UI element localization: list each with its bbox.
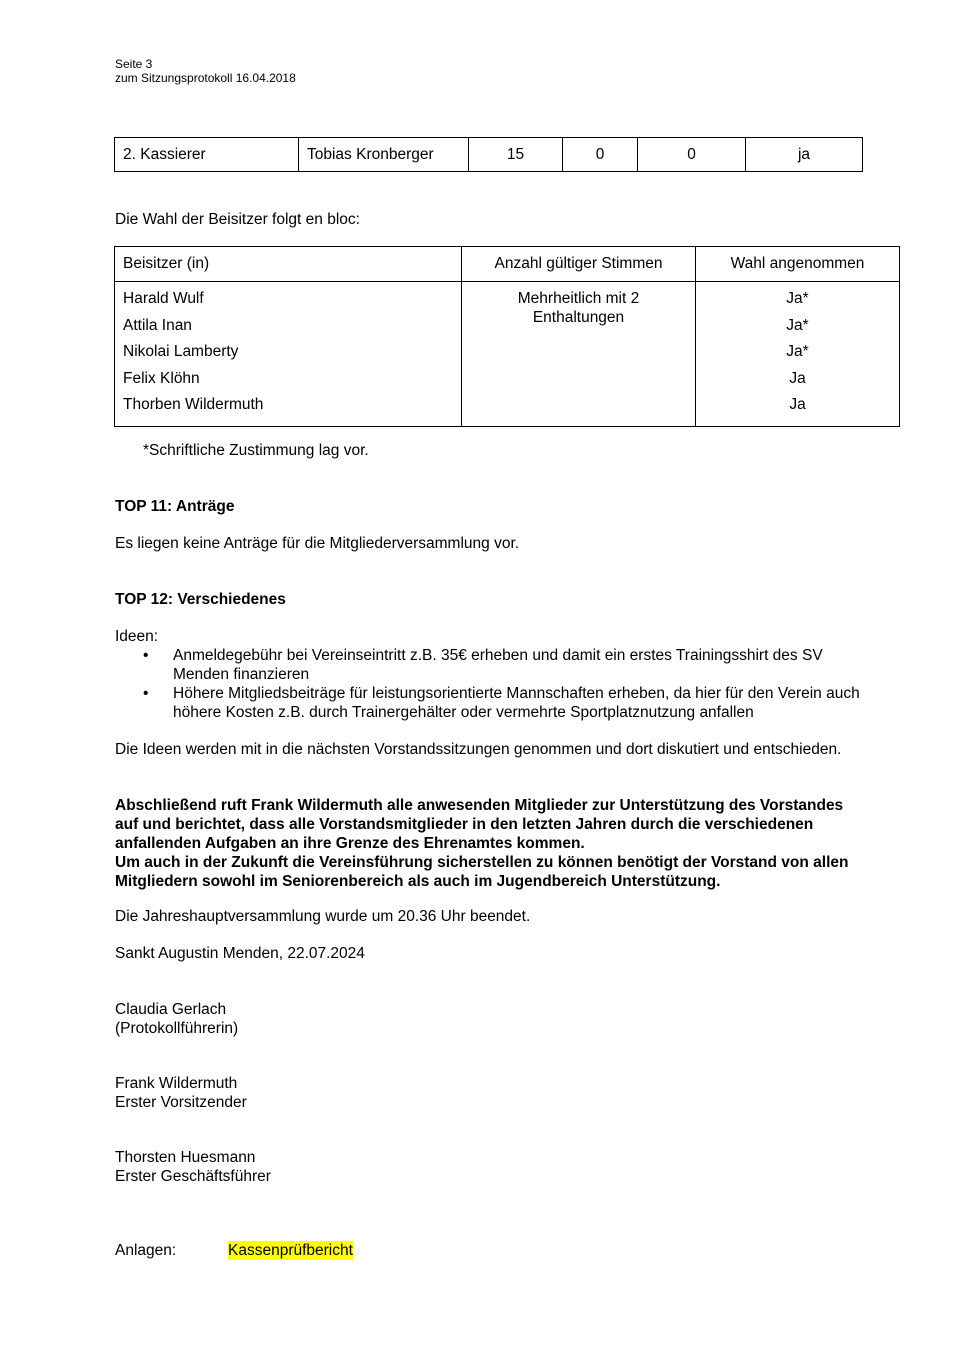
closing-line: auf und berichtet, dass alle Vorstandsmi… — [115, 815, 935, 834]
accepted-cell: Ja* Ja* Ja* Ja Ja — [696, 282, 900, 427]
signature-name: Thorsten Huesmann — [115, 1148, 271, 1167]
signature-name: Claudia Gerlach — [115, 1000, 238, 1019]
signature-block: Claudia Gerlach (Protokollführerin) — [115, 1000, 238, 1038]
list-item-text: höhere Kosten z.B. durch Trainergehälter… — [173, 703, 915, 722]
list-item-text: Anmeldegebühr bei Vereinseintritt z.B. 3… — [173, 646, 915, 665]
attachments-label: Anlagen: — [115, 1241, 176, 1260]
attachment-item: Kassenprüfbericht — [228, 1241, 353, 1260]
list-item: Anmeldegebühr bei Vereinseintritt z.B. 3… — [115, 646, 915, 684]
top11-text: Es liegen keine Anträge für die Mitglied… — [115, 534, 519, 553]
closing-line: Abschließend ruft Frank Wildermuth alle … — [115, 796, 935, 815]
beisitzer-name: Thorben Wildermuth — [123, 395, 461, 422]
signature-role: Erster Vorsitzender — [115, 1093, 247, 1112]
ideas-note: Die Ideen werden mit in die nächsten Vor… — [115, 740, 841, 759]
top11-heading: TOP 11: Anträge — [115, 497, 234, 516]
footnote: *Schriftliche Zustimmung lag vor. — [143, 441, 369, 460]
column-header: Wahl angenommen — [696, 247, 900, 282]
beisitzer-name: Nikolai Lamberty — [123, 342, 461, 369]
end-time: Die Jahreshauptversammlung wurde um 20.3… — [115, 907, 530, 926]
page-number: Seite 3 — [115, 57, 296, 71]
header-subtitle: zum Sitzungsprotokoll 16.04.2018 — [115, 71, 296, 85]
signature-role: Erster Geschäftsführer — [115, 1167, 271, 1186]
accepted-value: Ja* — [696, 316, 899, 343]
table-cell: 0 — [638, 138, 746, 172]
signature-name: Frank Wildermuth — [115, 1074, 247, 1093]
votes-cell: Mehrheitlich mit 2 Enthaltungen — [462, 282, 696, 427]
signature-block: Thorsten Huesmann Erster Geschäftsführer — [115, 1148, 271, 1186]
table-cell: 2. Kassierer — [115, 138, 299, 172]
table-cell: Tobias Kronberger — [299, 138, 469, 172]
closing-line: Um auch in der Zukunft die Vereinsführun… — [115, 853, 935, 872]
column-header: Beisitzer (in) — [115, 247, 462, 282]
votes-text: Enthaltungen — [462, 308, 695, 327]
table-header-row: Beisitzer (in) Anzahl gültiger Stimmen W… — [115, 247, 900, 282]
list-item: Höhere Mitgliedsbeiträge für leistungsor… — [115, 684, 915, 722]
closing-statement: Abschließend ruft Frank Wildermuth alle … — [115, 796, 935, 891]
ideas-label: Ideen: — [115, 627, 915, 646]
list-item-text: Höhere Mitgliedsbeiträge für leistungsor… — [173, 684, 915, 703]
accepted-value: Ja — [696, 395, 899, 422]
accepted-value: Ja* — [696, 342, 899, 369]
beisitzer-table: Beisitzer (in) Anzahl gültiger Stimmen W… — [114, 246, 900, 427]
signature-block: Frank Wildermuth Erster Vorsitzender — [115, 1074, 247, 1112]
page-header: Seite 3 zum Sitzungsprotokoll 16.04.2018 — [115, 57, 296, 85]
ideas-section: Ideen: Anmeldegebühr bei Vereinseintritt… — [115, 627, 915, 722]
column-header: Anzahl gültiger Stimmen — [462, 247, 696, 282]
place-date: Sankt Augustin Menden, 22.07.2024 — [115, 944, 365, 963]
table-cell: 15 — [469, 138, 563, 172]
top12-heading: TOP 12: Verschiedenes — [115, 590, 286, 609]
list-item-text: Menden finanzieren — [173, 665, 915, 684]
beisitzer-intro: Die Wahl der Beisitzer folgt en bloc: — [115, 210, 360, 229]
kassierer-table: 2. Kassierer Tobias Kronberger 15 0 0 ja — [114, 137, 863, 172]
table-cell: 0 — [563, 138, 638, 172]
beisitzer-name: Harald Wulf — [123, 289, 461, 316]
closing-line: Mitgliedern sowohl im Seniorenbereich al… — [115, 872, 935, 891]
signature-role: (Protokollführerin) — [115, 1019, 238, 1038]
accepted-value: Ja* — [696, 289, 899, 316]
beisitzer-name: Felix Klöhn — [123, 369, 461, 396]
beisitzer-name: Attila Inan — [123, 316, 461, 343]
votes-text: Mehrheitlich mit 2 — [462, 289, 695, 308]
table-row: Harald Wulf Attila Inan Nikolai Lamberty… — [115, 282, 900, 427]
ideas-list: Anmeldegebühr bei Vereinseintritt z.B. 3… — [115, 646, 915, 722]
beisitzer-names-cell: Harald Wulf Attila Inan Nikolai Lamberty… — [115, 282, 462, 427]
closing-line: anfallenden Aufgaben an ihre Grenze des … — [115, 834, 935, 853]
table-row: 2. Kassierer Tobias Kronberger 15 0 0 ja — [115, 138, 863, 172]
accepted-value: Ja — [696, 369, 899, 396]
table-cell: ja — [746, 138, 863, 172]
